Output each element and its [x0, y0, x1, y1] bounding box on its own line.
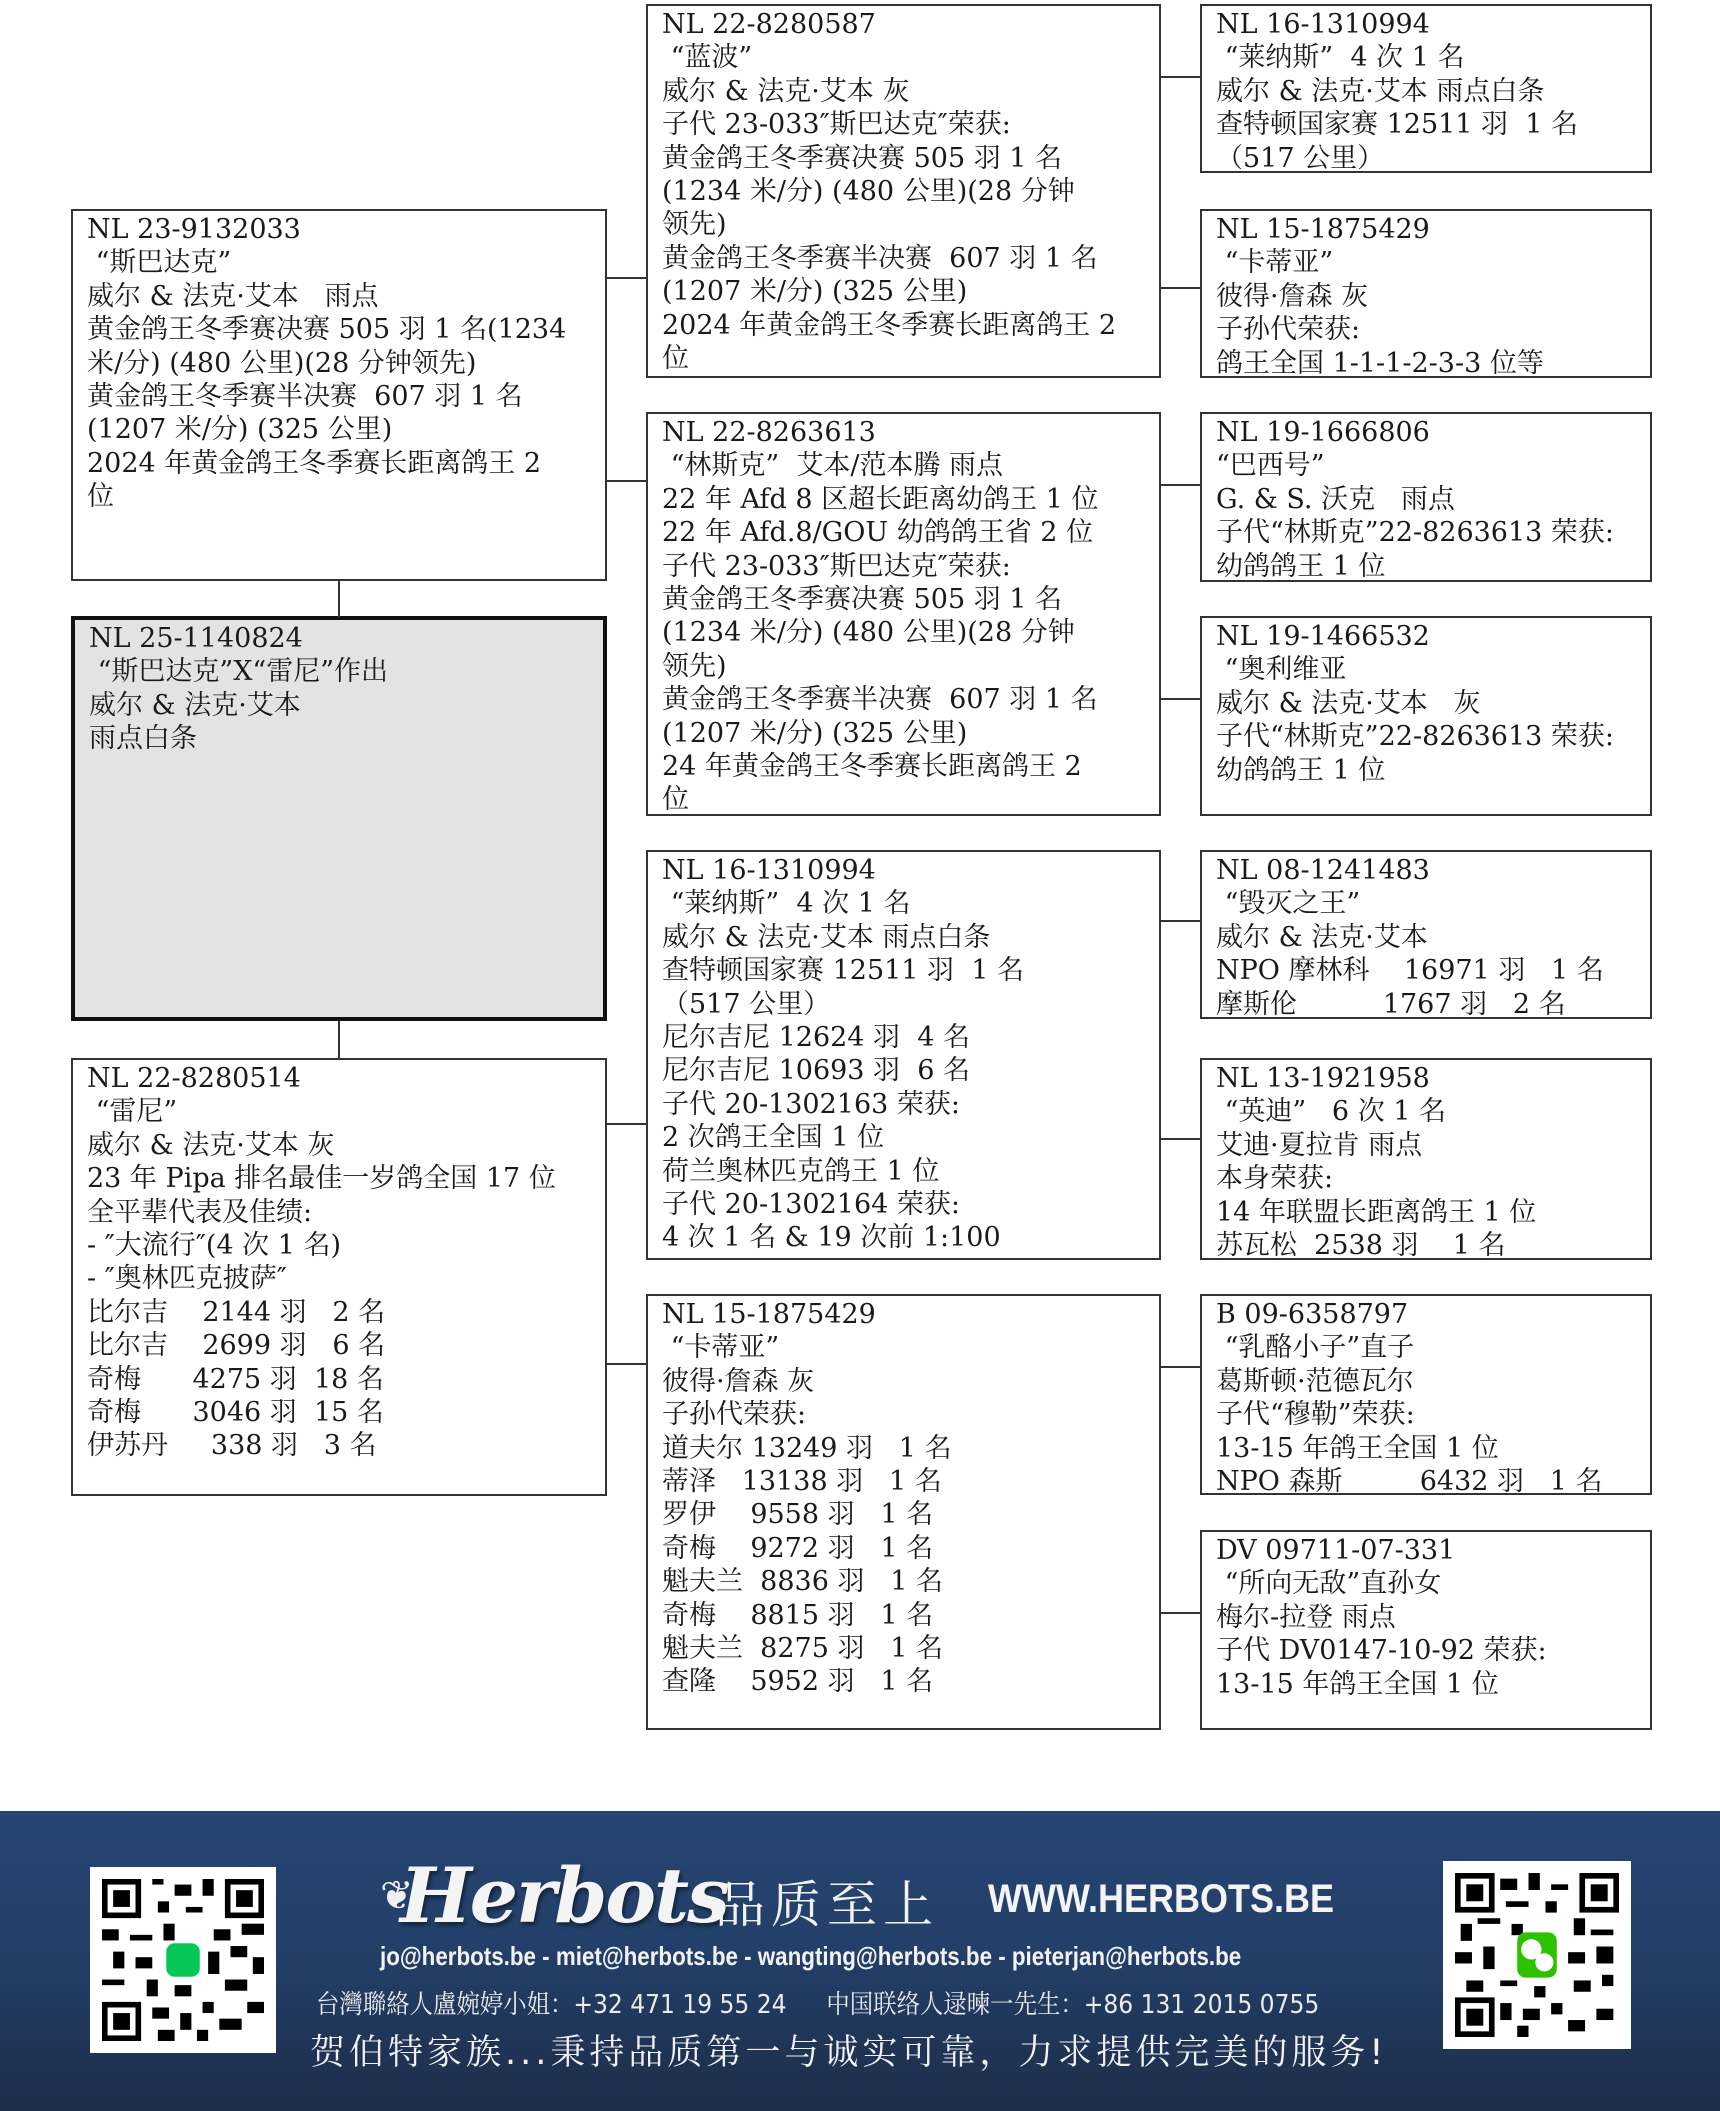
card-line: 子孙代荣获:: [662, 1398, 1145, 1431]
card-line: NL 15-1875429: [662, 1298, 1145, 1331]
card-line: 彼得·詹森 灰: [662, 1365, 1145, 1398]
website-link[interactable]: WWW.HERBOTS.BE: [988, 1877, 1334, 1922]
pedigree-card-ggp-1: NL 16-1310994 “莱纳斯” 4 次 1 名威尔 & 法克·艾本 雨点…: [1200, 4, 1652, 173]
card-line: 比尔吉 2699 羽 6 名: [87, 1329, 591, 1362]
card-line: 13-15 年鸽王全国 1 位: [1216, 1432, 1636, 1465]
card-line: 子代 23-033″斯巴达克″荣获:: [662, 550, 1145, 583]
qr-code-icon: [1455, 1873, 1619, 2037]
card-line: 查特顿国家赛 12511 羽 1 名: [662, 954, 1145, 987]
card-line: 22 年 Afd.8/GOU 幼鸽鸽王省 2 位: [662, 516, 1145, 549]
card-line: 威尔 & 法克·艾本 雨点: [87, 280, 591, 313]
card-line: B 09-6358797: [1216, 1298, 1636, 1331]
card-line: - ″奥林匹克披萨″: [87, 1262, 591, 1295]
card-line: (1207 米/分) (325 公里): [662, 275, 1145, 308]
card-line: 子代 20-1302163 荣获:: [662, 1088, 1145, 1121]
card-line: “巴西号”: [1216, 449, 1636, 482]
pedigree-card-ggp-2: NL 15-1875429 “卡蒂亚”彼得·詹森 灰子孙代荣获:鸽王全国 1-1…: [1200, 209, 1652, 378]
card-line: 查隆 5952 羽 1 名: [662, 1665, 1145, 1698]
card-line: 23 年 Pipa 排名最佳一岁鸽全国 17 位: [87, 1162, 591, 1195]
card-line: 领先): [662, 208, 1145, 241]
card-line: 彼得·詹森 灰: [1216, 280, 1636, 313]
card-line: 艾迪·夏拉肯 雨点: [1216, 1129, 1636, 1162]
card-line: “莱纳斯” 4 次 1 名: [662, 887, 1145, 920]
card-line: 2 次鸽王全国 1 位: [662, 1121, 1145, 1154]
card-line: 奇梅 4275 羽 18 名: [87, 1363, 591, 1396]
connector: [1161, 484, 1200, 486]
brand-logo: Herbots: [400, 1851, 728, 1940]
card-line: “林斯克” 艾本/范本腾 雨点: [662, 449, 1145, 482]
card-line: 位: [662, 783, 1145, 816]
connector: [1161, 1138, 1200, 1140]
card-line: 道夫尔 13249 羽 1 名: [662, 1432, 1145, 1465]
card-line: 14 年联盟长距离鸽王 1 位: [1216, 1196, 1636, 1229]
card-line: 米/分) (480 公里)(28 分钟领先): [87, 347, 591, 380]
card-line: NPO 摩林科 16971 羽 1 名: [1216, 954, 1636, 987]
card-line: （517 公里）: [1216, 142, 1636, 173]
card-line: 全平辈代表及佳绩:: [87, 1196, 591, 1229]
card-line: 黄金鸽王冬季赛半决赛 607 羽 1 名: [87, 380, 591, 413]
card-line: （517 公里）: [662, 988, 1145, 1021]
contact-phones: 台灣聯絡人盧婉婷小姐：+32 471 19 55 24 中国联络人逯暕一先生：+…: [316, 1984, 1352, 2021]
contact-china: 中国联络人逯暕一先生：+86 131 2015 0755: [826, 1990, 1319, 2020]
card-line: NL 22-8263613: [662, 416, 1145, 449]
card-line: 奇梅 3046 羽 15 名: [87, 1396, 591, 1429]
card-line: NL 08-1241483: [1216, 854, 1636, 887]
pedigree-card-ggp-3: NL 19-1666806“巴西号”G. & S. 沃克 雨点子代“林斯克”22…: [1200, 412, 1652, 582]
card-line: NL 16-1310994: [1216, 8, 1636, 41]
card-line: (1234 米/分) (480 公里)(28 分钟: [662, 175, 1145, 208]
wechat-qr-code[interactable]: [1443, 1861, 1631, 2049]
card-line: 尼尔吉尼 12624 羽 4 名: [662, 1021, 1145, 1054]
pedigree-card-ggp-6: NL 13-1921958 “英迪” 6 次 1 名艾迪·夏拉肯 雨点本身荣获:…: [1200, 1058, 1652, 1260]
card-line: “奥利维亚: [1216, 653, 1636, 686]
card-line: 比尔吉 2144 羽 2 名: [87, 1296, 591, 1329]
card-line: DV 09711-07-331: [1216, 1534, 1636, 1567]
slogan: 品质至上: [715, 1865, 939, 1937]
card-line: 2024 年黄金鸽王冬季赛长距离鸽王 2: [662, 309, 1145, 342]
card-line: “乳酪小子”直子: [1216, 1331, 1636, 1364]
card-line: (1207 米/分) (325 公里): [87, 413, 591, 446]
card-line: NL 13-1921958: [1216, 1062, 1636, 1095]
card-line: 幼鸽鸽王 1 位: [1216, 754, 1636, 787]
connector: [1161, 920, 1200, 922]
motto: 贺伯特家族...秉持品质第一与诚实可靠，力求提供完美的服务!: [310, 2025, 1387, 2075]
pedigree-card-dam-sire: NL 16-1310994 “莱纳斯” 4 次 1 名威尔 & 法克·艾本 雨点…: [646, 850, 1161, 1260]
card-line: 威尔 & 法克·艾本 雨点白条: [1216, 75, 1636, 108]
card-line: 苏瓦松 2538 羽 1 名: [1216, 1229, 1636, 1260]
card-line: 子代 DV0147-10-92 荣获:: [1216, 1634, 1636, 1667]
connector: [607, 277, 646, 279]
card-line: “莱纳斯” 4 次 1 名: [1216, 41, 1636, 74]
card-line: (1234 米/分) (480 公里)(28 分钟: [662, 616, 1145, 649]
card-line: NL 22-8280587: [662, 8, 1145, 41]
card-line: 雨点白条: [89, 722, 589, 755]
card-line: “雷尼”: [87, 1095, 591, 1128]
card-line: 子代“林斯克”22-8263613 荣获:: [1216, 516, 1636, 549]
connector: [607, 1363, 646, 1365]
pedigree-card-sire-dam: NL 22-8263613 “林斯克” 艾本/范本腾 雨点22 年 Afd 8 …: [646, 412, 1161, 816]
card-line: NL 15-1875429: [1216, 213, 1636, 246]
card-line: 伊苏丹 338 羽 3 名: [87, 1429, 591, 1462]
card-line: 13-15 年鸽王全国 1 位: [1216, 1668, 1636, 1701]
connector: [1161, 76, 1200, 78]
connector: [607, 1123, 646, 1125]
card-line: “英迪” 6 次 1 名: [1216, 1095, 1636, 1128]
card-line: 幼鸽鸽王 1 位: [1216, 550, 1636, 582]
card-line: 梅尔-拉登 雨点: [1216, 1601, 1636, 1634]
card-line: 威尔 & 法克·艾本: [1216, 921, 1636, 954]
card-line: “斯巴达克”X“雷尼”作出: [89, 655, 589, 688]
qr-code-icon: [102, 1879, 264, 2041]
card-line: - ″大流行″(4 次 1 名): [87, 1229, 591, 1262]
card-line: 2024 年黄金鸽王冬季赛长距离鸽王 2: [87, 447, 591, 480]
email-list[interactable]: jo@herbots.be - miet@herbots.be - wangti…: [380, 1941, 1241, 1972]
card-line: 威尔 & 法克·艾本 灰: [662, 75, 1145, 108]
card-line: 黄金鸽王冬季赛决赛 505 羽 1 名(1234: [87, 313, 591, 346]
card-line: 魁夫兰 8836 羽 1 名: [662, 1565, 1145, 1598]
pedigree-card-ggp-4: NL 19-1466532 “奥利维亚威尔 & 法克·艾本 灰子代“林斯克”22…: [1200, 616, 1652, 816]
connector: [338, 581, 340, 617]
card-line: 葛斯顿·范德瓦尔: [1216, 1365, 1636, 1398]
pedigree-card-ggp-8: DV 09711-07-331 “所向无敌”直孙女梅尔-拉登 雨点子代 DV01…: [1200, 1530, 1652, 1730]
connector: [1161, 287, 1200, 289]
pedigree-card-ggp-7: B 09-6358797 “乳酪小子”直子葛斯顿·范德瓦尔子代“穆勒”荣获:13…: [1200, 1294, 1652, 1495]
card-line: NL 23-9132033: [87, 213, 591, 246]
line-logo-icon: [166, 1943, 200, 1977]
card-line: 威尔 & 法克·艾本 灰: [1216, 687, 1636, 720]
card-line: “斯巴达克”: [87, 246, 591, 279]
card-line: NL 19-1466532: [1216, 620, 1636, 653]
card-line: 黄金鸽王冬季赛决赛 505 羽 1 名: [662, 583, 1145, 616]
connector: [338, 1021, 340, 1059]
card-line: 黄金鸽王冬季赛半决赛 607 羽 1 名: [662, 242, 1145, 275]
card-line: 本身荣获:: [1216, 1162, 1636, 1195]
card-line: 罗伊 9558 羽 1 名: [662, 1498, 1145, 1531]
card-line: 24 年黄金鸽王冬季赛长距离鸽王 2: [662, 750, 1145, 783]
card-line: 蒂泽 13138 羽 1 名: [662, 1465, 1145, 1498]
card-line: NL 19-1666806: [1216, 416, 1636, 449]
card-line: “卡蒂亚”: [662, 1331, 1145, 1364]
footer-banner: ❦ Herbots 品质至上 WWW.HERBOTS.BE jo@herbots…: [0, 1811, 1720, 2111]
card-line: 查特顿国家赛 12511 羽 1 名: [1216, 108, 1636, 141]
card-line: 鸽王全国 1-1-1-2-3-3 位等: [1216, 347, 1636, 378]
card-line: “蓝波”: [662, 41, 1145, 74]
connector: [1161, 1612, 1200, 1614]
card-line: 子代 23-033″斯巴达克″荣获:: [662, 108, 1145, 141]
card-line: G. & S. 沃克 雨点: [1216, 483, 1636, 516]
card-line: 威尔 & 法克·艾本: [89, 689, 589, 722]
card-line: 位: [87, 480, 591, 513]
card-line: 威尔 & 法克·艾本 雨点白条: [662, 921, 1145, 954]
card-line: NL 22-8280514: [87, 1062, 591, 1095]
card-line: 子代“穆勒”荣获:: [1216, 1398, 1636, 1431]
card-line: 子代 20-1302164 荣获:: [662, 1188, 1145, 1221]
card-line: “毁灭之王”: [1216, 887, 1636, 920]
card-line: 魁夫兰 8275 羽 1 名: [662, 1632, 1145, 1665]
card-line: 领先): [662, 650, 1145, 683]
line-qr-code[interactable]: [90, 1867, 276, 2053]
card-line: 22 年 Afd 8 区超长距离幼鸽王 1 位: [662, 483, 1145, 516]
connector: [1161, 1366, 1200, 1368]
pedigree-card-sire-sire: NL 22-8280587 “蓝波”威尔 & 法克·艾本 灰子代 23-033″…: [646, 4, 1161, 378]
contact-taiwan: 台灣聯絡人盧婉婷小姐：+32 471 19 55 24: [316, 1990, 787, 2020]
card-line: 子孙代荣获:: [1216, 313, 1636, 346]
card-line: 4 次 1 名 & 19 次前 1:100: [662, 1221, 1145, 1254]
card-line: 位: [662, 342, 1145, 375]
pedigree-card-dam-dam: NL 15-1875429 “卡蒂亚”彼得·詹森 灰子孙代荣获:道夫尔 1324…: [646, 1294, 1161, 1730]
card-line: 荷兰奥林匹克鸽王 1 位: [662, 1155, 1145, 1188]
card-line: 奇梅 8815 羽 1 名: [662, 1599, 1145, 1632]
card-line: NPO 森斯 6432 羽 1 名: [1216, 1465, 1636, 1495]
card-line: NL 16-1310994: [662, 854, 1145, 887]
card-line: 黄金鸽王冬季赛半决赛 607 羽 1 名: [662, 683, 1145, 716]
pedigree-card-sire: NL 23-9132033 “斯巴达克”威尔 & 法克·艾本 雨点黄金鸽王冬季赛…: [71, 209, 607, 581]
pedigree-card-subject: NL 25-1140824 “斯巴达克”X“雷尼”作出威尔 & 法克·艾本雨点白…: [71, 616, 607, 1021]
pedigree-card-ggp-5: NL 08-1241483 “毁灭之王”威尔 & 法克·艾本NPO 摩林科 16…: [1200, 850, 1652, 1019]
card-line: 威尔 & 法克·艾本 灰: [87, 1129, 591, 1162]
card-line: NL 25-1140824: [89, 622, 589, 655]
connector: [1161, 698, 1200, 700]
card-line: “所向无敌”直孙女: [1216, 1567, 1636, 1600]
card-line: 奇梅 9272 羽 1 名: [662, 1532, 1145, 1565]
card-line: (1207 米/分) (325 公里): [662, 717, 1145, 750]
connector: [607, 480, 646, 482]
card-line: 摩斯伦 1767 羽 2 名: [1216, 988, 1636, 1019]
pedigree-card-dam: NL 22-8280514 “雷尼”威尔 & 法克·艾本 灰23 年 Pipa …: [71, 1058, 607, 1496]
card-line: “卡蒂亚”: [1216, 246, 1636, 279]
card-line: 子代“林斯克”22-8263613 荣获:: [1216, 720, 1636, 753]
card-line: 尼尔吉尼 10693 羽 6 名: [662, 1054, 1145, 1087]
card-line: 黄金鸽王冬季赛决赛 505 羽 1 名: [662, 142, 1145, 175]
